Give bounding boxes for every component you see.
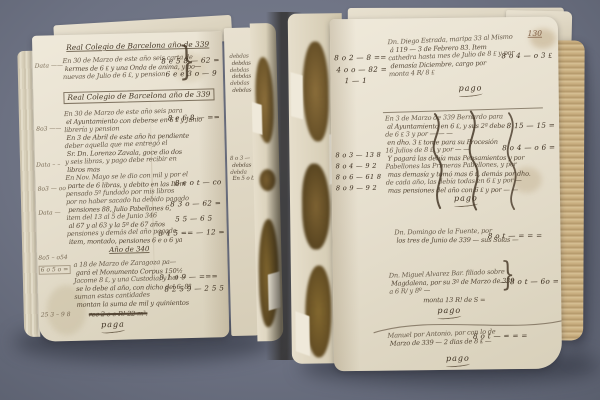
amount: 6 e e 3 o — 9 — [165, 68, 217, 78]
ink-flourish — [373, 316, 562, 338]
right-block1-lines: Dn. Diego Estrada, maripa 33 al Mismoá 1… — [388, 33, 516, 78]
margin-amount: 4 o o — 82 = — [336, 65, 387, 75]
left-header-3: Año de 340 — [109, 245, 149, 254]
amount: 8 1 o 9 — === — [159, 271, 218, 281]
pago-mark: pago — [454, 194, 478, 207]
handwriting-word: En 5 o b — [232, 176, 254, 183]
margin-note: Data — — [38, 209, 60, 217]
margin-amount: 8 o 4 — 9 2 — [336, 162, 377, 171]
amount: 8 e 6 8 — == — [168, 112, 220, 122]
spine-word-column: debdasdebdasdebdasdebdasdebdasdebdas — [229, 54, 249, 95]
binding-patch — [302, 163, 331, 249]
pago-mark: pago — [446, 354, 470, 367]
margin-note: 8o3 —— — [36, 125, 61, 133]
right-block4-lines: Dn. Miguel Alvarez Bar. filiado sobreMag… — [389, 268, 513, 296]
right-book-half: 158 130 8 o 2 — 8 == 4 o o — 82 = 1 — 1 … — [278, 0, 600, 400]
fray-wisp — [252, 102, 263, 135]
handwriting-line: montan la suma de mil y quinientos — [76, 299, 191, 309]
cancellation-strokes — [423, 111, 544, 212]
margin-note: Data – – — [36, 161, 60, 169]
margin-amount: 8 o 3 — 13 8 — [335, 151, 381, 160]
margin-note: 8o5 – o54 — [38, 254, 67, 262]
pago-mark: pago — [459, 83, 483, 96]
amount: 5 5 — 6 5 — [175, 213, 213, 223]
amount: — 8 o t — 6o = — [500, 277, 559, 287]
margin-note: 8o3 — oo — [38, 185, 66, 193]
amount: 8 e 5 8 — 62 = — [161, 55, 219, 65]
manuscript-photo: Real Colegio de Barcelona año de 339 En … — [0, 0, 600, 400]
left-header-2: Real Colegio de Barcelona año de 339 — [63, 88, 214, 104]
fray-wisp — [290, 72, 303, 119]
right-page: 130 8 o 2 — 8 == 4 o o — 82 = 1 — 1 Dn. … — [330, 17, 562, 372]
amount: 8 3 o — 62 = — [170, 198, 221, 208]
folio-number: 130 — [528, 29, 542, 38]
margin-amount: 8 o 2 — 8 == — [334, 53, 386, 63]
left-page: Real Colegio de Barcelona año de 339 En … — [32, 31, 229, 342]
left-book-half: Real Colegio de Barcelona año de 339 En … — [0, 0, 305, 400]
amount: 8 4 5 == — 12 = — [158, 227, 225, 238]
binding-patch — [302, 41, 329, 141]
handwriting-word: debdas — [232, 88, 251, 95]
monta-line: monta 13 R! de S = — [423, 296, 485, 304]
margin-amount: 8 o 6 — 61 8 — [336, 173, 382, 182]
margin-note: 6 o 5 o = — [39, 265, 71, 275]
amount: 8 o t — = = = — [488, 231, 543, 241]
paga-mark: paga — [101, 320, 125, 334]
fray-wisp — [295, 311, 310, 356]
amount: 8 o 4 — o 3 ₤ — [501, 51, 552, 61]
spine-word-column-2: 8 o 3 —debdasdebdaEn 5 o b — [230, 155, 253, 183]
amount: 8 e o t — co — [175, 177, 222, 187]
margin-note: 25 3 – 9 8 — [41, 311, 71, 319]
margin-note: Data —— — [35, 62, 63, 70]
margin-amount: 8 o 9 — 9 2 — [336, 184, 377, 193]
margin-amount: 1 — 1 — [344, 76, 367, 85]
struck-note: rec 2 o o R! 22 m³. — [89, 309, 148, 318]
amount: 8 2 5 9 — 2 5 5 — [164, 283, 224, 293]
